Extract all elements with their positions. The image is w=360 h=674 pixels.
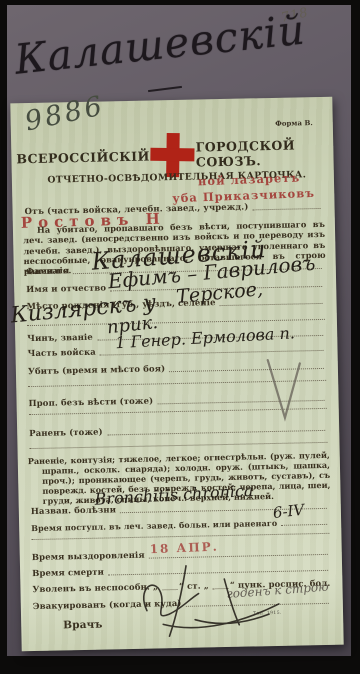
hospital-stamp-line1: ной лазаретъ [198,170,301,188]
surname-label: Фамилія [26,266,70,277]
org-name-right: ГОРОДСКОЙ СОЮЗЪ. [195,137,326,170]
red-cross-icon [149,133,196,178]
dotted-line [281,523,327,526]
killed-label: Убитъ (время и мѣсто боя) [28,364,166,377]
dotted-line [107,429,325,436]
org-name-left: ВСЕРОССІЙСКІЙ [16,148,150,166]
recovery-date-stamp: 18 АПР. [149,540,219,557]
dotted-line [31,533,329,540]
wounded-field: Раненъ (тоже) [29,423,327,439]
missing-label: Проп. безъ вѣсти (тоже) [28,397,153,410]
recovery-label: Время выздоровленія [32,551,145,563]
printer-mark: Тип. 1915. [253,611,282,617]
scanned-document-photo: 718 Калашевскій 9886 Форма В. ВСЕРОССІЙС… [0,0,360,674]
doctor-signature [128,560,300,642]
dotted-line [30,442,328,449]
pencil-checkmark [264,355,305,426]
doctor-label: Врачъ [63,619,103,632]
name-label: Имя и отчество [26,283,106,295]
admission-label: Время поступл. въ леч. завед. больн. или… [31,518,277,533]
death-label: Время смерти [32,568,104,580]
form-number-note: Форма В. [275,118,313,128]
medical-record-card: 9886 Форма В. ВСЕРОССІЙСКІЙ ГОРОДСКОЙ СО… [10,97,343,652]
dotted-line [252,207,320,210]
unit-label: Часть войска [27,348,96,359]
admission-handwritten-value: 6-IV [272,501,305,522]
wounded-label: Раненъ (тоже) [29,428,103,440]
rank-label: Чинъ, званіе [27,333,93,344]
doctor-field: Врачъ [63,618,123,631]
